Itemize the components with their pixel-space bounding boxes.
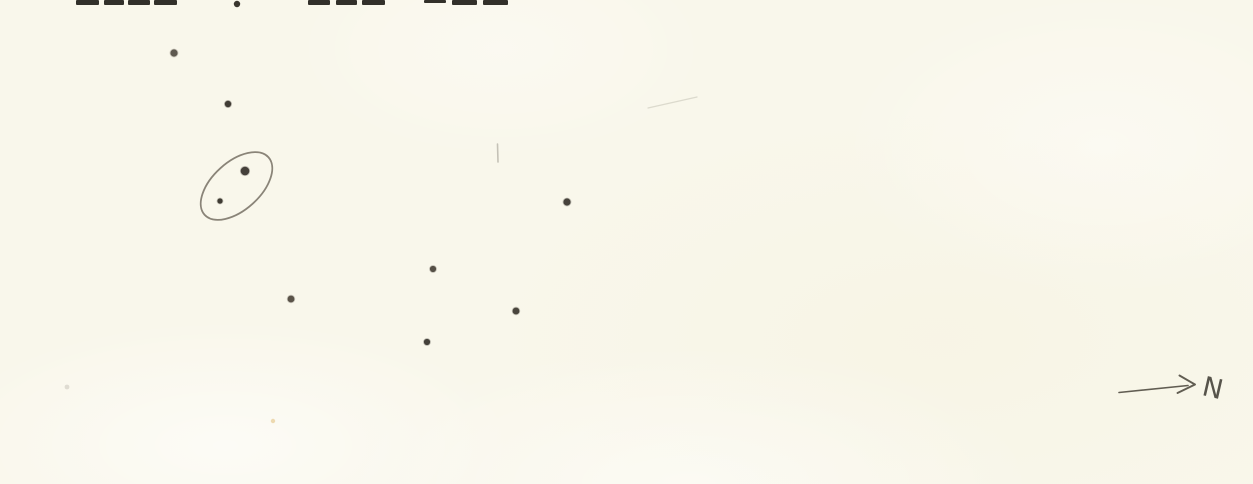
cutoff-text-dash	[154, 0, 177, 5]
faint-paper-crease	[648, 97, 697, 108]
plotted-dot	[241, 167, 250, 176]
faint-gray-smudge	[65, 385, 70, 390]
cutoff-text-dash	[452, 0, 477, 5]
north-arrow-shaft	[1119, 386, 1188, 393]
scanned-paper-sheet: N	[0, 0, 1253, 484]
cutoff-text-dash	[104, 0, 124, 5]
cutoff-text-dash	[424, 0, 446, 3]
north-label: N	[1199, 371, 1226, 406]
cluster-ellipse	[188, 139, 284, 232]
plotted-dot	[217, 198, 222, 203]
cutoff-text-dash	[362, 0, 385, 5]
cutoff-text-dash	[483, 0, 508, 5]
sketch-canvas: N	[0, 0, 1253, 484]
plotted-dot	[170, 49, 177, 56]
cutoff-text-dash	[76, 0, 99, 5]
sketch-marks-layer	[65, 0, 1195, 423]
north-arrow-head	[1178, 376, 1196, 394]
cutoff-text-dash	[336, 0, 357, 5]
faint-yellow-speck	[271, 419, 275, 423]
cutoff-text-dash	[128, 0, 150, 5]
plotted-dot	[225, 101, 231, 107]
plotted-dot	[563, 198, 570, 205]
plotted-dot	[430, 266, 436, 272]
cutoff-top-dot	[234, 1, 240, 7]
faint-vertical-tick	[498, 144, 499, 162]
cutoff-text-dash	[308, 0, 330, 5]
plotted-dot	[513, 308, 520, 315]
plotted-dot	[288, 296, 295, 303]
plotted-dot	[424, 339, 430, 345]
